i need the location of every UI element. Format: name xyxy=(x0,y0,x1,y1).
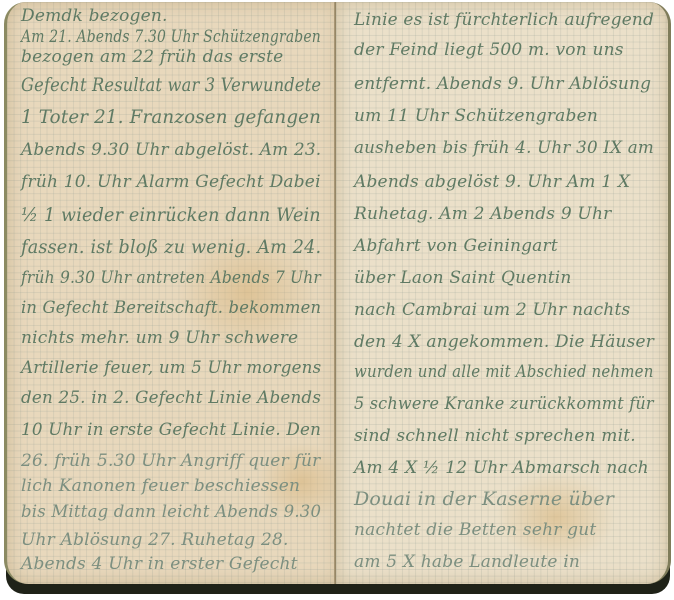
text-line: sind schnell nicht sprechen mit. xyxy=(354,426,636,446)
text-line: Demdk bezogen. xyxy=(21,6,168,26)
text-line: nachtet die Betten sehr gut xyxy=(354,520,596,540)
text-line: früh 9.30 Uhr antreten Abends 7 Uhr xyxy=(21,268,321,288)
left-page: Demdk bezogen. Am 21. Abends 7.30 Uhr Sc… xyxy=(4,2,339,584)
text-line: bezogen am 22 früh das erste xyxy=(21,47,283,67)
text-line: Abends 9.30 Uhr abgelöst. Am 23. xyxy=(21,140,321,160)
text-line: 10 Uhr in erste Gefecht Linie. Den xyxy=(21,420,321,440)
text-line: Abends 4 Uhr in erster Gefecht xyxy=(21,554,298,574)
text-line: den 25. in 2. Gefecht Linie Abends xyxy=(21,388,321,408)
text-line: ½ 1 wieder einrücken dann Wein xyxy=(21,204,321,226)
text-line: 26. früh 5.30 Uhr Angriff quer für xyxy=(21,451,320,471)
text-line: Artillerie feuer, um 5 Uhr morgens xyxy=(21,358,321,378)
text-line: Abends abgelöst 9. Uhr Am 1 X xyxy=(354,172,630,192)
text-line: wurden und alle mit Abschied nehmen xyxy=(354,362,654,382)
open-notebook: Demdk bezogen. Am 21. Abends 7.30 Uhr Sc… xyxy=(0,0,674,600)
text-line: über Laon Saint Quentin xyxy=(354,268,572,288)
text-line: um 11 Uhr Schützengraben xyxy=(354,106,598,126)
text-line: Uhr Ablösung 27. Ruhetag 28. xyxy=(21,530,289,550)
text-line: in Gefecht Bereitschaft. bekommen xyxy=(21,298,321,318)
right-page: Linie es ist fürchterlich aufregend der … xyxy=(336,2,671,584)
text-line: lich Kanonen feuer beschiessen xyxy=(21,476,300,496)
text-line: am 5 X habe Landleute in xyxy=(354,552,580,572)
text-line: 5 schwere Kranke zurückkommt für xyxy=(354,394,654,414)
text-line: 1 Toter 21. Franzosen gefangen xyxy=(21,106,321,128)
text-line: Gefecht Resultat war 3 Verwundete xyxy=(21,74,321,96)
text-line: nach Cambrai um 2 Uhr nachts xyxy=(354,300,630,320)
text-line: bis Mittag dann leicht Abends 9.30 xyxy=(21,502,321,522)
left-page-text: Demdk bezogen. Am 21. Abends 7.30 Uhr Sc… xyxy=(7,2,339,584)
text-line: Abfahrt von Geiningart xyxy=(354,236,558,256)
text-line: ausheben bis früh 4. Uhr 30 IX am xyxy=(354,138,654,158)
text-line: Am 21. Abends 7.30 Uhr Schützengraben xyxy=(21,27,321,47)
right-page-text: Linie es ist fürchterlich aufregend der … xyxy=(336,2,668,584)
text-line: Douai in der Kaserne über xyxy=(354,488,614,510)
text-line: Ruhetag. Am 2 Abends 9 Uhr xyxy=(354,204,611,224)
text-line: der Feind liegt 500 m. von uns xyxy=(354,40,624,60)
text-line: entfernt. Abends 9. Uhr Ablösung xyxy=(354,74,651,94)
text-line: Am 4 X ½ 12 Uhr Abmarsch nach xyxy=(354,458,649,478)
text-line: Linie es ist fürchterlich aufregend xyxy=(354,10,654,30)
text-line: den 4 X angekommen. Die Häuser xyxy=(354,332,654,352)
text-line: fassen. ist bloß zu wenig. Am 24. xyxy=(21,236,321,258)
text-line: früh 10. Uhr Alarm Gefecht Dabei xyxy=(21,172,321,192)
text-line: nichts mehr. um 9 Uhr schwere xyxy=(21,328,298,348)
